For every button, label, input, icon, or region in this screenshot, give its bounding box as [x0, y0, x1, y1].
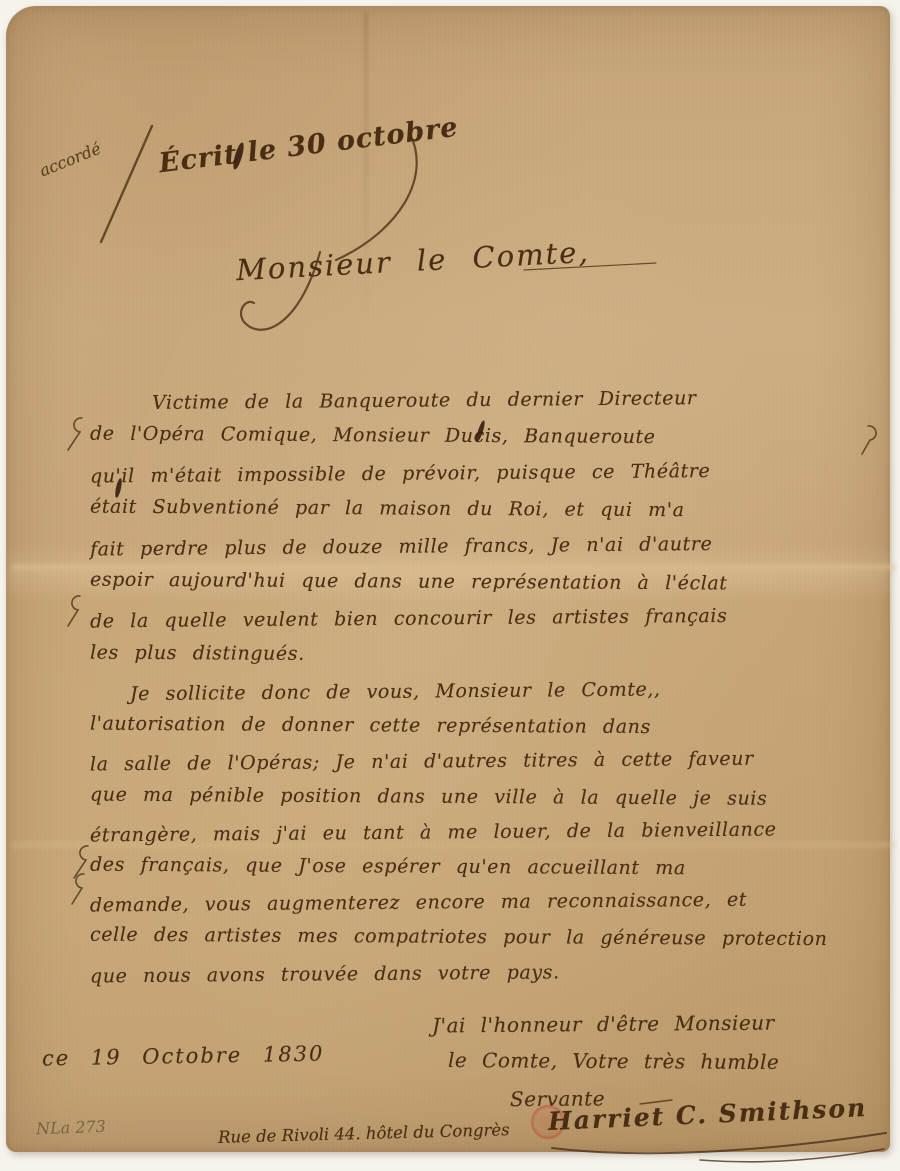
- letter-line: que ma pénible position dans une ville à…: [90, 777, 880, 817]
- letter-line: la salle de l'Opéras; Je n'ai d'autres t…: [90, 741, 880, 783]
- letter-line: de la quelle veulent bien concourir les …: [90, 597, 880, 640]
- letter-line: J'ai l'honneur d'être Monsieur: [432, 1004, 780, 1044]
- letter-line: étrangère, mais j'ai eu tant à me louer,…: [90, 811, 880, 853]
- letter-line: celle des artistes mes compatriotes pour…: [90, 918, 880, 958]
- letter-scan: accordé Écrit le 30 octobre Monsieur le …: [0, 0, 900, 1171]
- catalog-mark: NLa 273: [36, 1117, 106, 1138]
- letter-line: de l'Opéra Comique, Monsieur Ducis, Banq…: [90, 416, 880, 457]
- letter-line: les plus distingués.: [90, 634, 880, 675]
- body-paragraph-1: Victime de la Banqueroute du dernier Dir…: [90, 382, 880, 673]
- letter-line: qu'il m'était impossible de prévoir, pui…: [90, 451, 880, 494]
- letter-line: que nous avons trouvée dans votre pays.: [90, 952, 880, 994]
- letter-line: le Comte, Votre très humble: [448, 1042, 779, 1081]
- letter-line: était Subventioné par la maison du Roi, …: [90, 489, 880, 530]
- body-paragraph-2: Je sollicite donc de vous, Monsieur le C…: [90, 674, 880, 991]
- date-line: ce 19 Octobre 1830: [42, 1042, 325, 1071]
- letter-line: fait perdre plus de douze mille francs, …: [90, 524, 880, 567]
